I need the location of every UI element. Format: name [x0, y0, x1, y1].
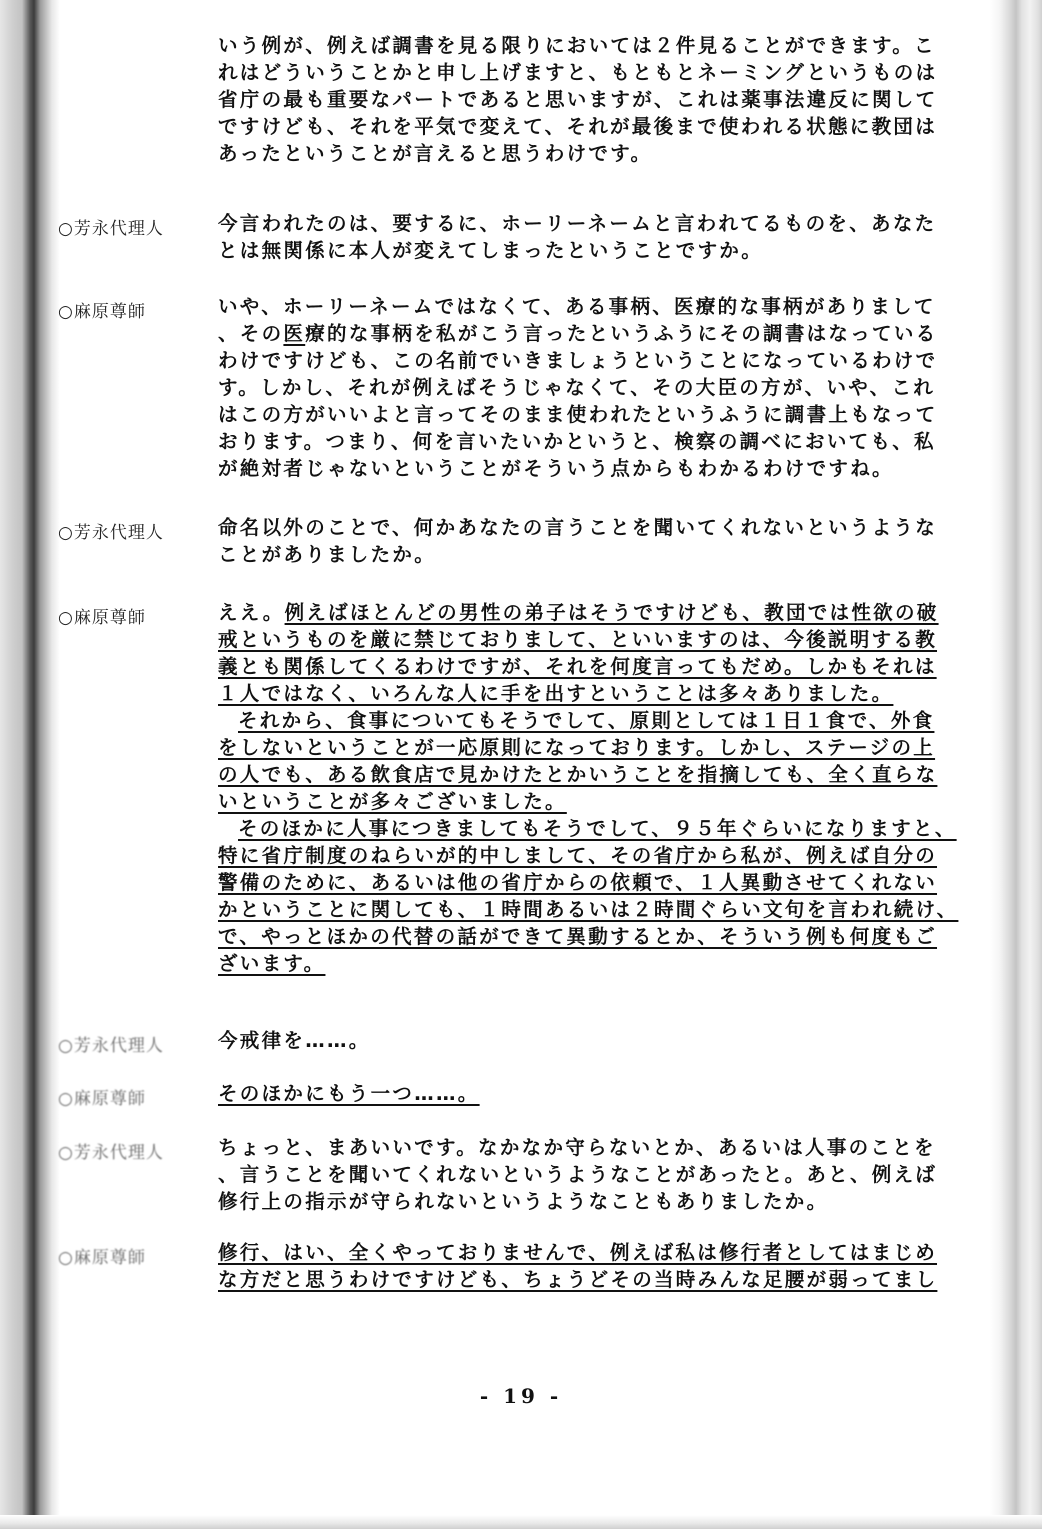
text-line: 修行、はい、全くやっておりませんで、例えば私は修行者としてはまじめ — [218, 1239, 978, 1266]
text-line: いや、ホーリーネームではなくて、ある事柄、医療的な事柄がありまして — [218, 293, 978, 320]
text-line: 戒というものを厳に禁じておりまして、といいますのは、今後説明する教 — [218, 626, 978, 653]
statement-text: 修行、はい、全くやっておりませんで、例えば私は修行者としてはまじめな方だと思うわ… — [218, 1239, 978, 1293]
statement-text: 今言われたのは、要するに、ホーリーネームと言われてるものを、あなたとは無関係に本… — [218, 210, 978, 264]
text-line: ざいます。 — [218, 950, 978, 977]
text-line: はこの方がいいよと言ってそのまま使われたというふうに調書上もなって — [218, 401, 978, 428]
text-line: す。しかし、それが例えばそうじゃなくて、その大臣の方が、いや、これ — [218, 374, 978, 401]
text-line: おります。つまり、何を言いたいかというと、検察の調べにおいても、私 — [218, 428, 978, 455]
speaker-label: ○芳永代理人 — [58, 518, 218, 543]
statement-text: いや、ホーリーネームではなくて、ある事柄、医療的な事柄がありまして、その医療的な… — [218, 293, 978, 482]
text-line: １人ではなく、いろんな人に手を出すということは多々ありました。 — [218, 680, 978, 707]
text-line: 今言われたのは、要するに、ホーリーネームと言われてるものを、あなた — [218, 210, 978, 237]
text-line: 、言うことを聞いてくれないというようなことがあったと。あと、例えば — [218, 1161, 978, 1188]
text-line: が絶対者じゃないということがそういう点からもわかるわけですね。 — [218, 455, 978, 482]
statement-text: ちょっと、まあいいです。なかなか守らないとか、あるいは人事のことを、言うことを聞… — [218, 1134, 978, 1215]
text-line: ちょっと、まあいいです。なかなか守らないとか、あるいは人事のことを — [218, 1134, 978, 1161]
statement-text: いう例が、例えば調書を見る限りにおいては２件見ることができます。これはどういうこ… — [218, 32, 978, 167]
document-page: いう例が、例えば調書を見る限りにおいては２件見ることができます。これはどういうこ… — [0, 0, 1042, 1529]
text-line: わけですけども、この名前でいきましょうということになっているわけで — [218, 347, 978, 374]
text-line: それから、食事についてもそうでして、原則としては１日１食で、外食 — [218, 707, 978, 734]
text-line: 、その医療的な事柄を私がこう言ったというふうにその調書はなっている — [218, 320, 978, 347]
text-line: 修行上の指示が守られないというようなこともありましたか。 — [218, 1188, 978, 1215]
text-line: をしないということが一応原則になっております。しかし、ステージの上 — [218, 734, 978, 761]
text-line: ですけども、それを平気で変えて、それが最後まで使われる状態に教団は — [218, 113, 978, 140]
text-line: ええ。例えばほとんどの男性の弟子はそうですけども、教団では性欲の破 — [218, 599, 978, 626]
text-line: 特に省庁制度のねらいが的中しまして、その省庁から私が、例えば自分の — [218, 842, 978, 869]
speaker-label: ○芳永代理人 — [58, 1031, 218, 1056]
text-line: いということが多々ございました。 — [218, 788, 978, 815]
text-line: 命名以外のことで、何かあなたの言うことを聞いてくれないというような — [218, 514, 978, 541]
page-edge-bottom — [0, 1515, 1042, 1529]
text-line: いう例が、例えば調書を見る限りにおいては２件見ることができます。こ — [218, 32, 978, 59]
text-line: そのほかにもう一つ……。 — [218, 1080, 978, 1107]
speaker-label: ○芳永代理人 — [58, 214, 218, 239]
statement-text: 命名以外のことで、何かあなたの言うことを聞いてくれないというようなことがありまし… — [218, 514, 978, 568]
speaker-label: ○麻原尊師 — [58, 297, 218, 322]
text-line: 今戒律を……。 — [218, 1027, 978, 1054]
binding-shadow-left — [0, 0, 60, 1529]
text-line: な方だと思うわけですけども、ちょうどその当時みんな足腰が弱ってまし — [218, 1266, 978, 1293]
text-line: 省庁の最も重要なパートであると思いますが、これは薬事法違反に関して — [218, 86, 978, 113]
text-line: かということに関しても、１時間あるいは２時間ぐらい文句を言われ続け、 — [218, 896, 978, 923]
text-line: れはどういうことかと申し上げますと、もともとネーミングというものは — [218, 59, 978, 86]
statement-text: ええ。例えばほとんどの男性の弟子はそうですけども、教団では性欲の破戒というものを… — [218, 599, 978, 977]
text-line: で、やっとほかの代替の話ができて異動するとか、そういう例も何度もご — [218, 923, 978, 950]
page-number: - 19 - — [0, 1384, 1042, 1408]
text-line: 義とも関係してくるわけですが、それを何度言ってもだめ。しかもそれは — [218, 653, 978, 680]
speaker-label: ○芳永代理人 — [58, 1138, 218, 1163]
page-edge-right — [990, 0, 1042, 1529]
statement-text: そのほかにもう一つ……。 — [218, 1080, 978, 1107]
speaker-label: ○麻原尊師 — [58, 1084, 218, 1109]
speaker-label: ○麻原尊師 — [58, 603, 218, 628]
text-line: とは無関係に本人が変えてしまったということですか。 — [218, 237, 978, 264]
text-line: ことがありましたか。 — [218, 541, 978, 568]
text-line: の人でも、ある飲食店で見かけたとかいうことを指摘しても、全く直らな — [218, 761, 978, 788]
text-line: あったということが言えると思うわけです。 — [218, 140, 978, 167]
speaker-label: ○麻原尊師 — [58, 1243, 218, 1268]
text-line: そのほかに人事につきましてもそうでして、９５年ぐらいになりますと、 — [218, 815, 978, 842]
text-line: 警備のために、あるいは他の省庁からの依頼で、１人異動させてくれない — [218, 869, 978, 896]
statement-text: 今戒律を……。 — [218, 1027, 978, 1054]
